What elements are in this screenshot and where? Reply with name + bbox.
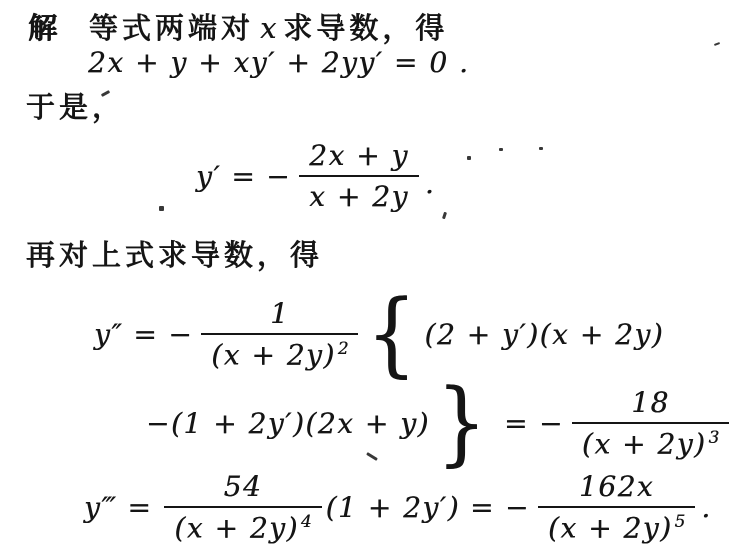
- denominator-exponent: 2: [338, 338, 349, 358]
- differentiate-again-text: 再对上式求导数，得: [26, 240, 323, 272]
- equation-second-derivative-part1: y″ = − 1 (x + 2y)2 { (2 + y′)(x + 2y): [94, 292, 664, 376]
- equation-first-derivative: y′ = − 2x + y x + 2y .: [196, 138, 435, 214]
- equals-sign: =: [504, 407, 529, 440]
- scan-noise: [159, 206, 164, 211]
- fraction-denominator: x + 2y: [299, 175, 419, 213]
- product-term-1: (2 + y′)(x + 2y): [425, 318, 665, 351]
- denominator-exponent: 3: [708, 427, 719, 447]
- fraction-numerator: 162x: [569, 470, 664, 506]
- fraction-denominator: (x + 2y)4: [164, 506, 321, 544]
- fraction-numerator: 54: [214, 470, 273, 506]
- differentiate-again-line: 再对上式求导数，得: [26, 233, 323, 274]
- equation-second-derivative-part2: −(1 + 2y′)(2x + y) } = − 18 (x + 2y)3 ;: [146, 383, 732, 463]
- fraction-denominator: (x + 2y)5: [538, 506, 695, 544]
- equation-derivative-implicit: 2x + y + xy′ + 2yy′ = 0 .: [88, 46, 469, 79]
- fraction-numerator: 1: [260, 297, 299, 333]
- intro-text-before: 等式两端对: [89, 13, 254, 45]
- scan-noise: [442, 212, 447, 220]
- intro-text-after: 求导数，得: [283, 13, 448, 45]
- denominator-exponent: 4: [301, 511, 312, 531]
- minus-sign: −: [168, 318, 193, 351]
- fraction-162x-over-x-plus-2y-fifth: 162x (x + 2y)5: [538, 470, 695, 544]
- scanned-textbook-page: 解等式两端对x求导数，得 2x + y + xy′ + 2yy′ = 0 . 于…: [0, 0, 732, 553]
- equals-sign: =: [231, 160, 256, 193]
- scan-noise: [499, 148, 503, 151]
- fraction-18-over-x-plus-2y-cubed: 18 (x + 2y)3: [572, 386, 729, 460]
- thus-line: 于是，: [26, 85, 125, 126]
- scan-noise: [714, 42, 720, 46]
- fraction-numerator: 2x + y: [299, 139, 419, 175]
- product-term-3: (1 + 2y′): [326, 491, 460, 524]
- period: .: [425, 167, 435, 200]
- scan-noise: [539, 147, 543, 150]
- denominator-base: (x + 2y): [174, 511, 299, 544]
- fraction-denominator: (x + 2y)3: [572, 422, 729, 460]
- equals-sign: =: [127, 491, 152, 524]
- close-brace: }: [436, 383, 487, 463]
- period: .: [701, 491, 711, 524]
- denominator-base: (x + 2y): [211, 338, 336, 371]
- equals-sign: =: [133, 318, 158, 351]
- equation-1-expression: 2x + y + xy′ + 2yy′ = 0 .: [88, 46, 469, 79]
- equation-third-derivative: y‴ = 54 (x + 2y)4 (1 + 2y′) = − 162x (x …: [84, 466, 712, 548]
- fraction-1-over-x-plus-2y-squared: 1 (x + 2y)2: [201, 297, 358, 371]
- denominator-base: (x + 2y): [582, 427, 707, 460]
- solution-intro-line: 解等式两端对x求导数，得: [28, 6, 448, 47]
- y-double-prime: y″: [94, 318, 123, 351]
- fraction-54-over-x-plus-2y-fourth: 54 (x + 2y)4: [164, 470, 321, 544]
- equals-sign: =: [470, 491, 495, 524]
- denominator-exponent: 5: [675, 511, 686, 531]
- denominator-base: (x + 2y): [548, 511, 673, 544]
- minus-sign: −: [266, 160, 291, 193]
- y-prime: y′: [196, 160, 221, 193]
- minus-sign: −: [505, 491, 530, 524]
- product-term-2: −(1 + 2y′)(2x + y): [146, 407, 430, 440]
- fraction-2x-plus-y-over-x-plus-2y: 2x + y x + 2y: [299, 139, 419, 213]
- variable-x: x: [254, 11, 283, 45]
- open-brace: {: [367, 294, 418, 374]
- scan-noise: [467, 156, 471, 160]
- fraction-numerator: 18: [621, 386, 680, 422]
- minus-sign: −: [539, 407, 564, 440]
- solution-marker: 解: [28, 13, 61, 45]
- y-triple-prime: y‴: [84, 491, 117, 524]
- fraction-denominator: (x + 2y)2: [201, 333, 358, 371]
- thus-text: 于是，: [26, 92, 125, 124]
